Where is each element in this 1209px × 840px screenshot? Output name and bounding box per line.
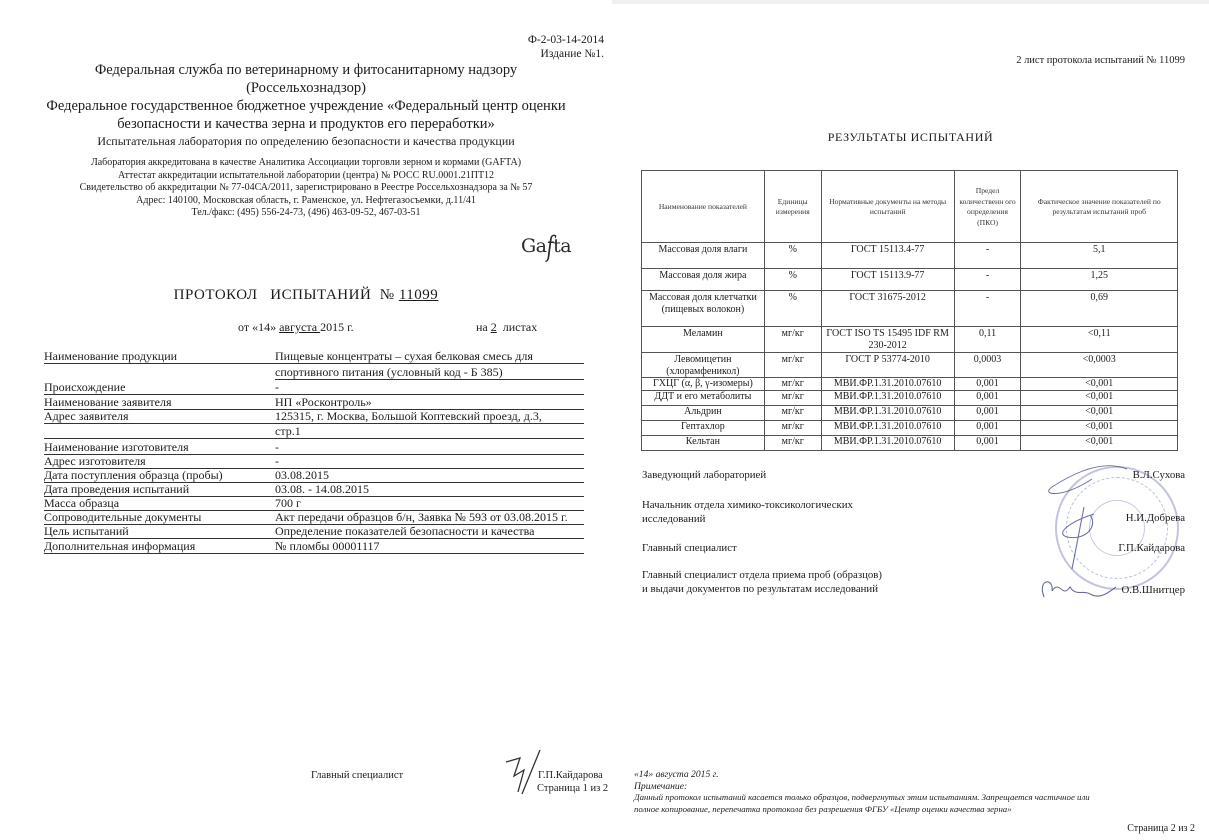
- field-value: -: [275, 380, 279, 395]
- field-value: спортивного питания (условный код - Б 38…: [275, 365, 503, 380]
- cell-unit: %: [764, 269, 821, 291]
- column-header: Фактическое значение показателей по резу…: [1021, 171, 1178, 243]
- org-short-name: (Россельхознадзор): [0, 79, 612, 97]
- note-text: Данный протокол испытаний касается тольк…: [634, 792, 1090, 804]
- note-text: полное копирование, перепечатка протокол…: [634, 804, 1012, 816]
- signatory-name: Н.И.Добрева: [1126, 512, 1185, 524]
- field-value: -: [275, 440, 279, 455]
- field-underline: [44, 496, 584, 497]
- cell-value: <0,001: [1021, 421, 1178, 436]
- field-label: Происхождение: [44, 380, 125, 395]
- field-underline: [44, 438, 584, 439]
- cell-loq: 0,001: [954, 391, 1021, 406]
- table-row: Массовая доля влаги%ГОСТ 15113.4-77-5,1: [642, 243, 1178, 269]
- cell-loq: -: [954, 269, 1021, 291]
- field-label: Дополнительная информация: [44, 539, 195, 554]
- signer-title: Главный специалист: [311, 770, 403, 781]
- gafta-logo: Gafta: [521, 235, 571, 257]
- cell-loq: 0,0003: [954, 353, 1021, 378]
- cell-name: Массовая доля влаги: [642, 243, 765, 269]
- field-label: Наименование продукции: [44, 349, 177, 364]
- table-row: ГХЦГ (α, β, γ-изомеры)мг/кгМВИ.ФР.1.31.2…: [642, 378, 1178, 391]
- field-underline: [44, 553, 584, 554]
- cell-method: ГОСТ ISO TS 15495 IDF RM 230-2012: [821, 327, 954, 353]
- field-value: 03.08.2015: [275, 468, 329, 483]
- field-value: НП «Росконтроль»: [275, 395, 372, 410]
- cell-value: <0,001: [1021, 436, 1178, 451]
- cell-unit: мг/кг: [764, 391, 821, 406]
- cell-name: Меламин: [642, 327, 765, 353]
- column-header: Предел количественн ого определения (ПКО…: [954, 171, 1021, 243]
- field-value: 700 г: [275, 496, 301, 511]
- cell-unit: %: [764, 243, 821, 269]
- field-value: стр.1: [275, 424, 301, 439]
- signer-name: Г.П.Кайдарова: [538, 770, 603, 781]
- org-name: Федеральная служба по ветеринарному и фи…: [0, 61, 612, 79]
- signatory-title: Заведующий лабораторией: [642, 469, 766, 483]
- table-row: Массовая доля жира%ГОСТ 15113.9-77-1,25: [642, 269, 1178, 291]
- cell-method: МВИ.ФР.1.31.2010.07610: [821, 391, 954, 406]
- table-row: Альдринмг/кгМВИ.ФР.1.31.2010.076100,001<…: [642, 406, 1178, 421]
- phone-line: Тел./факс: (495) 556-24-73, (496) 463-09…: [0, 207, 612, 220]
- cell-value: 5,1: [1021, 243, 1178, 269]
- cell-method: МВИ.ФР.1.31.2010.07610: [821, 406, 954, 421]
- field-value: Определение показателей безопасности и к…: [275, 524, 535, 539]
- field-value: 125315, г. Москва, Большой Коптевский пр…: [275, 409, 542, 424]
- cell-method: ГОСТ Р 53774-2010: [821, 353, 954, 378]
- cell-loq: 0,11: [954, 327, 1021, 353]
- cell-name: ГХЦГ (α, β, γ-изомеры): [642, 378, 765, 391]
- accreditation-line: Аттестат аккредитации испытательной лабо…: [0, 170, 612, 183]
- cell-unit: мг/кг: [764, 421, 821, 436]
- cell-name: Массовая доля клетчатки (пищевых волокон…: [642, 291, 765, 327]
- column-header: Наименование показателей: [642, 171, 765, 243]
- signatory-title: Начальник отдела химико-токсикологически…: [642, 499, 853, 526]
- form-code: Ф-2-03-14-2014: [528, 33, 604, 47]
- table-row: ДДТ и его метаболитымг/кгМВИ.ФР.1.31.201…: [642, 391, 1178, 406]
- table-row: Левомицетин (хлорамфеникол)мг/кгГОСТ Р 5…: [642, 353, 1178, 378]
- cell-value: <0,001: [1021, 406, 1178, 421]
- cell-method: ГОСТ 15113.4-77: [821, 243, 954, 269]
- edition: Издание №1.: [528, 47, 604, 61]
- note-date: «14» августа 2015 г.: [634, 769, 719, 781]
- field-label: Адрес заявителя: [44, 409, 128, 424]
- cell-name: Кельтан: [642, 436, 765, 451]
- field-value: -: [275, 454, 279, 469]
- table-row: Меламинмг/кгГОСТ ISO TS 15495 IDF RM 230…: [642, 327, 1178, 353]
- column-header: Единицы измерения: [764, 171, 821, 243]
- sheet-reference: 2 лист протокола испытаний № 11099: [1016, 55, 1185, 66]
- cell-loq: -: [954, 291, 1021, 327]
- cell-loq: 0,001: [954, 378, 1021, 391]
- cell-name: Гептахлор: [642, 421, 765, 436]
- page-number: Страница 2 из 2: [1127, 823, 1195, 834]
- cell-unit: %: [764, 291, 821, 327]
- cell-loq: -: [954, 243, 1021, 269]
- cell-method: ГОСТ 31675-2012: [821, 291, 954, 327]
- cell-method: МВИ.ФР.1.31.2010.07610: [821, 421, 954, 436]
- address-line: Адрес: 140100, Московская область, г. Ра…: [0, 195, 612, 208]
- field-label: Наименование заявителя: [44, 395, 172, 410]
- table-row: Кельтанмг/кгМВИ.ФР.1.31.2010.076100,001<…: [642, 436, 1178, 451]
- signatory-title: Главный специалист отдела приема проб (о…: [642, 569, 882, 596]
- field-label: Адрес изготовителя: [44, 454, 146, 469]
- signatory-name: О.В.Шнитцер: [1121, 584, 1185, 596]
- cell-value: <0,0003: [1021, 353, 1178, 378]
- protocol-title: ПРОТОКОЛ ИСПЫТАНИЙ № 11099: [0, 287, 612, 304]
- protocol-page-1: Ф-2-03-14-2014 Издание №1. Федеральная с…: [0, 0, 612, 840]
- signatory-name: Г.П.Кайдарова: [1118, 542, 1185, 554]
- cell-name: ДДТ и его метаболиты: [642, 391, 765, 406]
- protocol-number: 11099: [399, 287, 438, 303]
- table-row: Массовая доля клетчатки (пищевых волокон…: [642, 291, 1178, 327]
- field-label: Цель испытаний: [44, 524, 129, 539]
- results-title: РЕЗУЛЬТАТЫ ИСПЫТАНИЙ: [612, 130, 1209, 145]
- cell-value: 0,69: [1021, 291, 1178, 327]
- cell-loq: 0,001: [954, 436, 1021, 451]
- field-underline: [275, 379, 584, 380]
- cell-unit: мг/кг: [764, 378, 821, 391]
- cell-method: МВИ.ФР.1.31.2010.07610: [821, 378, 954, 391]
- field-label: Наименование изготовителя: [44, 440, 189, 455]
- field-label: Сопроводительные документы: [44, 510, 201, 525]
- field-label: Дата проведения испытаний: [44, 482, 189, 497]
- field-value: Акт передачи образцов б/н, Заявка № 593 …: [275, 510, 568, 525]
- field-value: № пломбы 00001117: [275, 539, 380, 554]
- cell-unit: мг/кг: [764, 406, 821, 421]
- institution-name: Федеральное государственное бюджетное уч…: [0, 97, 612, 115]
- cell-unit: мг/кг: [764, 436, 821, 451]
- signatory-name: В.Л.Сухова: [1133, 469, 1185, 481]
- cell-value: <0,001: [1021, 391, 1178, 406]
- cell-name: Альдрин: [642, 406, 765, 421]
- cell-method: МВИ.ФР.1.31.2010.07610: [821, 436, 954, 451]
- accreditation-line: Свидетельство об аккредитации № 77-04СА/…: [0, 182, 612, 195]
- table-row: Гептахлормг/кгМВИ.ФР.1.31.2010.076100,00…: [642, 421, 1178, 436]
- note-heading: Примечание:: [634, 781, 687, 793]
- cell-value: 1,25: [1021, 269, 1178, 291]
- cell-value: <0,001: [1021, 378, 1178, 391]
- cell-loq: 0,001: [954, 421, 1021, 436]
- cell-unit: мг/кг: [764, 327, 821, 353]
- field-label: Дата поступления образца (пробы): [44, 468, 223, 483]
- cell-loq: 0,001: [954, 406, 1021, 421]
- cell-unit: мг/кг: [764, 353, 821, 378]
- lab-name: Испытательная лаборатория по определению…: [0, 134, 612, 149]
- table-header-row: Наименование показателей Единицы измерен…: [642, 171, 1178, 243]
- column-header: Нормативные документы на методы испытани…: [821, 171, 954, 243]
- protocol-page-2: 2 лист протокола испытаний № 11099 РЕЗУЛ…: [612, 0, 1209, 840]
- accreditation-line: Лаборатория аккредитована в качестве Ана…: [0, 157, 612, 170]
- field-underline: [44, 423, 584, 424]
- institution-name-cont: безопасности и качества зерна и продукто…: [0, 115, 612, 133]
- results-table: Наименование показателей Единицы измерен…: [641, 170, 1178, 451]
- cell-method: ГОСТ 15113.9-77: [821, 269, 954, 291]
- field-label: Масса образца: [44, 496, 119, 511]
- sheet-count: на 2 листах: [476, 320, 537, 335]
- protocol-date: от «14» августа 2015 г.: [238, 320, 354, 335]
- field-value: Пищевые концентраты – сухая белковая сме…: [275, 349, 533, 364]
- cell-name: Массовая доля жира: [642, 269, 765, 291]
- signatory-title: Главный специалист: [642, 542, 737, 556]
- field-value: 03.08. - 14.08.2015: [275, 482, 369, 497]
- cell-name: Левомицетин (хлорамфеникол): [642, 353, 765, 378]
- form-code-block: Ф-2-03-14-2014 Издание №1.: [528, 33, 604, 61]
- cell-value: <0,11: [1021, 327, 1178, 353]
- field-underline: [44, 363, 584, 364]
- page-number: Страница 1 из 2: [537, 783, 608, 794]
